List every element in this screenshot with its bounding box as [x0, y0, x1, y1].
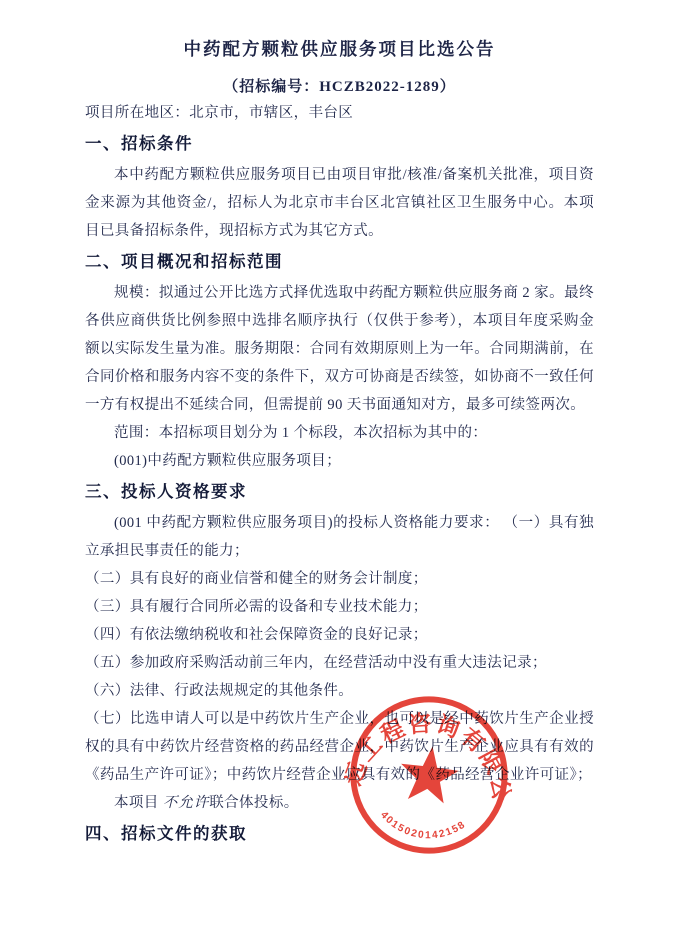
paragraph-qualification-4: （四）有依法缴纳税收和社会保障资金的良好记录；: [85, 621, 594, 649]
section-heading-bidder-qualifications: 三、投标人资格要求: [85, 475, 594, 509]
doc-tender-number: （招标编号：HCZB2022-1289）: [85, 75, 594, 99]
section-heading-document-acquisition: 四、招标文件的获取: [85, 817, 594, 851]
paragraph-qualification-2: （二）具有良好的商业信誉和健全的财务会计制度；: [85, 565, 594, 593]
paragraph-lot-001: (001)中药配方颗粒供应服务项目；: [85, 447, 594, 475]
no-jv-suffix: 联合体投标。: [209, 795, 298, 811]
paragraph-qualification-3: （三）具有履行合同所必需的设备和专业技术能力；: [85, 593, 594, 621]
paragraph-qualification-6: （六）法律、行政法规规定的其他条件。: [85, 677, 594, 705]
paragraph-qualification-7: （七）比选申请人可以是中药饮片生产企业，也可以是经中药饮片生产企业授权的具有中药…: [85, 705, 594, 789]
project-location-line: 项目所在地区：北京市，市辖区，丰台区: [85, 99, 594, 127]
paragraph-scope: 范围：本招标项目划分为 1 个标段，本次招标为其中的：: [85, 419, 594, 447]
no-jv-prefix: 本项目: [114, 795, 163, 811]
section-heading-project-overview: 二、项目概况和招标范围: [85, 245, 594, 279]
paragraph-bidding-conditions: 本中药配方颗粒供应服务项目已由项目审批/核准/备案机关批准，项目资金来源为其他资…: [85, 161, 594, 245]
paragraph-qualification-5: （五）参加政府采购活动前三年内，在经营活动中没有重大违法记录；: [85, 649, 594, 677]
document-page: 中药配方颗粒供应服务项目比选公告 （招标编号：HCZB2022-1289） 项目…: [0, 0, 678, 925]
doc-title: 中药配方颗粒供应服务项目比选公告: [85, 36, 594, 62]
paragraph-qualification-intro: (001 中药配方颗粒供应服务项目)的投标人资格能力要求： （一）具有独立承担民…: [85, 509, 594, 565]
no-jv-emphasis: 不允许: [163, 795, 210, 811]
section-heading-bidding-conditions: 一、招标条件: [85, 127, 594, 161]
paragraph-no-joint-venture: 本项目 不允许联合体投标。: [85, 789, 594, 817]
paragraph-scale-and-term: 规模：拟通过公开比选方式择优选取中药配方颗粒供应服务商 2 家。最终各供应商供货…: [85, 279, 594, 419]
